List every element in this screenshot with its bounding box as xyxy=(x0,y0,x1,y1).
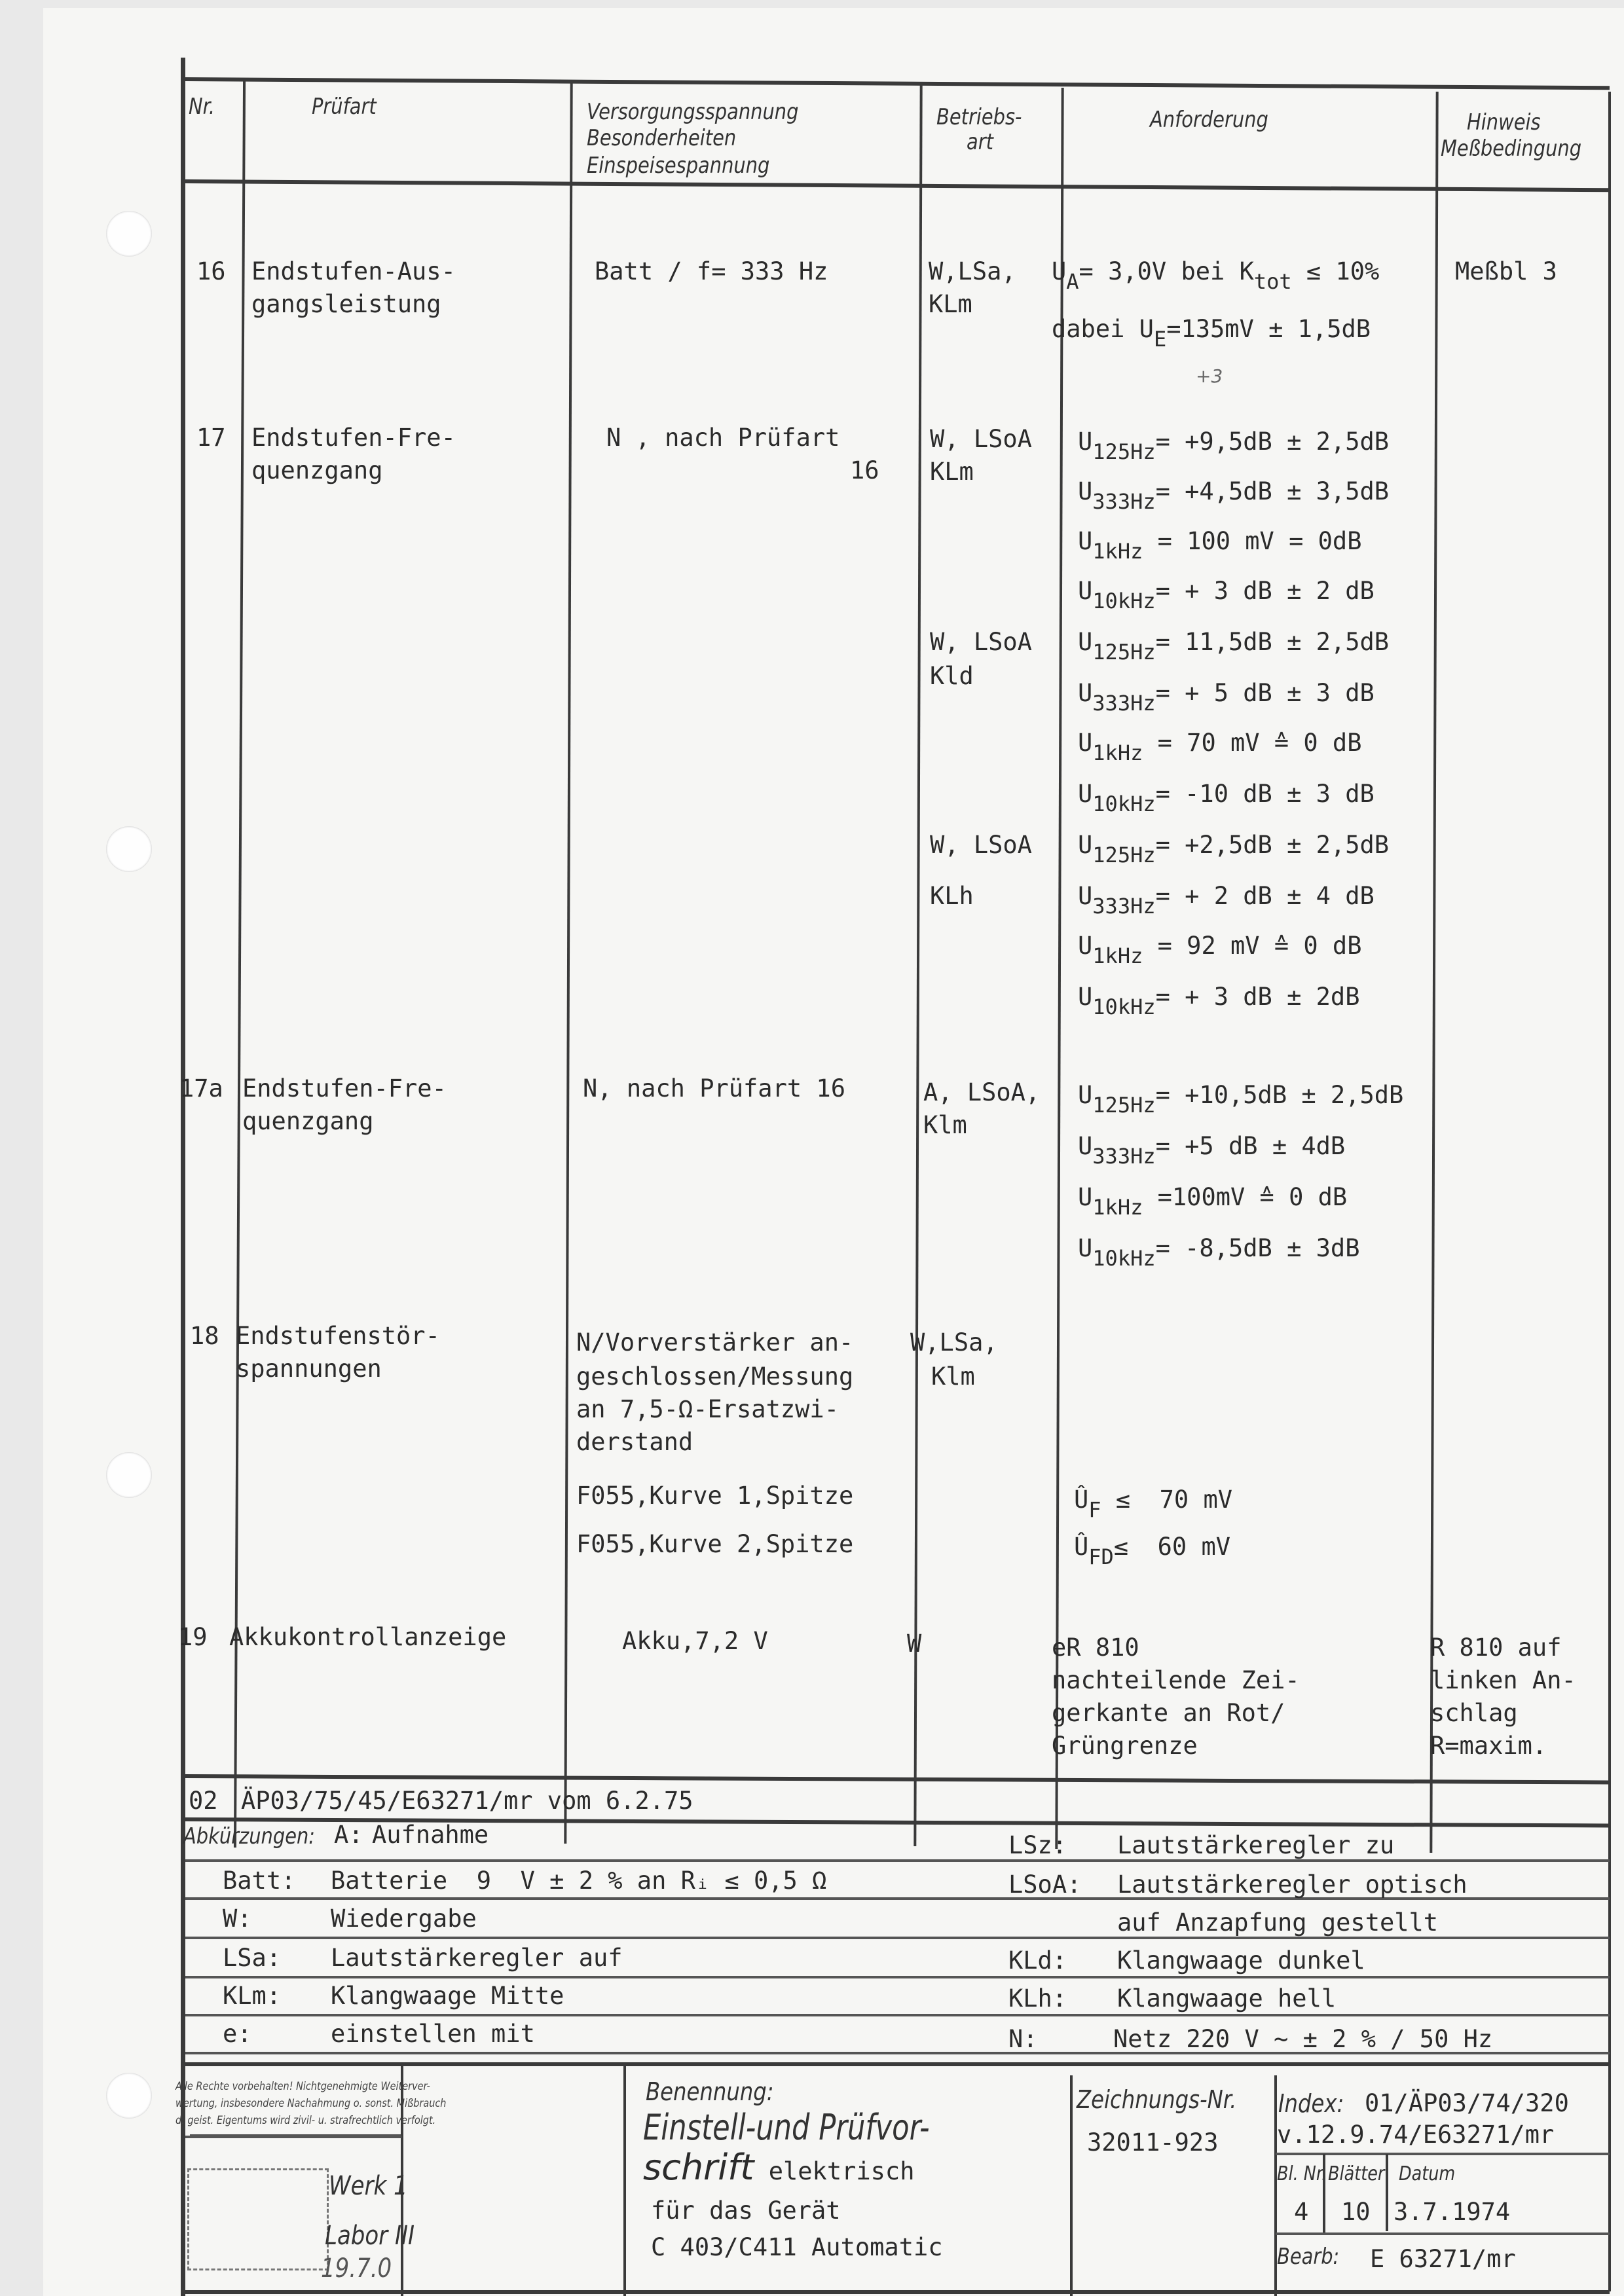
abbrev-value: Netz 220 V ~ ± 2 % / 50 Hz xyxy=(1113,2024,1492,2054)
document-date: 3.7.1974 xyxy=(1393,2197,1510,2227)
handwritten-annotation: +3 xyxy=(1196,361,1223,392)
requirement-line: U333Hz= +4,5dB ± 3,5dB xyxy=(1078,477,1389,517)
rights-bottom-rule xyxy=(190,2134,401,2137)
abbrev-value: Klangwaage hell xyxy=(1117,1984,1336,2014)
abbrev-key: LSz: xyxy=(1008,1831,1067,1861)
row-pruefart-2: quenzgang xyxy=(251,456,382,486)
row-betriebsart-2: KLm xyxy=(929,289,972,319)
requirement-line: U125Hz= +2,5dB ± 2,5dB xyxy=(1078,830,1389,870)
benennung-label: Benennung: xyxy=(646,2078,774,2105)
row-versorgung: N, nach Prüfart 16 xyxy=(583,1074,845,1104)
header-betriebsart-1: Betriebs- xyxy=(936,103,1022,131)
zeichnungs-label: Zeichnungs-Nr. xyxy=(1077,2086,1236,2113)
document-title-line1: Einstell-und Prüfvor- xyxy=(643,2107,930,2149)
header-nr: Nr. xyxy=(189,93,215,120)
title-divider xyxy=(1070,2075,1073,2296)
row-betriebsart-2: KLm xyxy=(930,457,974,487)
row-versorgung-3: an 7,5-Ω-Ersatzwi- xyxy=(576,1394,839,1425)
werk-label: Werk 1 xyxy=(329,2172,408,2200)
rights-notice-3: d. geist. Eigentums wird zivil- u. straf… xyxy=(175,2112,435,2129)
abbrev-value: Batterie 9 V ± 2 % an Rᵢ ≤ 0,5 Ω xyxy=(331,1866,826,1896)
title-block-bottom-rule xyxy=(185,2290,1610,2294)
row-anforderung-1: eR 810 xyxy=(1052,1633,1139,1663)
document-title-line3: für das Gerät xyxy=(651,2196,841,2226)
row-anforderung-3: gerkante an Rot/ xyxy=(1052,1698,1285,1728)
header-versorgung-1: Versorgungsspannung xyxy=(587,98,798,126)
abbrev-value: Lautstärkeregler optisch xyxy=(1117,1870,1467,1900)
requirement-line: U10kHz= -8,5dB ± 3dB xyxy=(1078,1233,1359,1273)
sheet-divider xyxy=(1323,2154,1325,2234)
revision-text: ÄP03/75/45/E63271/mr vom 6.2.75 xyxy=(241,1786,693,1816)
handwritten-date: 19.7.0 xyxy=(321,2255,392,2282)
sheet-number: 4 xyxy=(1294,2197,1308,2227)
requirement-line: dabei UE=135mV ± 1,5dB xyxy=(1052,314,1371,354)
row-nr: 16 xyxy=(196,257,226,287)
punch-hole xyxy=(106,211,152,257)
row-betriebsart: W xyxy=(907,1629,921,1659)
row-pruefart-1: Endstufen-Fre- xyxy=(251,423,456,453)
header-hinweis-2: Meßbedingung xyxy=(1441,135,1581,162)
header-versorgung-2: Besonderheiten xyxy=(587,124,736,152)
row-versorgung: Akku,7,2 V xyxy=(622,1626,768,1656)
row-nr: 17a xyxy=(179,1074,223,1104)
abbrev-value: Lautstärkeregler auf xyxy=(331,1943,623,1973)
row-pruefart: Akkukontrollanzeige xyxy=(229,1622,506,1652)
title-divider xyxy=(623,2064,626,2296)
rights-notice-2: wertung, insbesondere Nachahmung o. sons… xyxy=(175,2095,446,2112)
row-hinweis: Meßbl 3 xyxy=(1455,257,1557,287)
header-hinweis-1: Hinweis xyxy=(1467,109,1541,136)
row-versorgung-1: N/Vorverstärker an- xyxy=(576,1328,853,1358)
row-nr: 19 xyxy=(178,1622,208,1652)
abbrev-key: KLd: xyxy=(1008,1946,1067,1976)
abbrev-rule xyxy=(185,2014,1610,2016)
requirement-line: U1kHz = 92 mV ≙ 0 dB xyxy=(1078,931,1361,971)
abbrev-key: e: xyxy=(223,2019,252,2049)
row-versorgung-extra-2: F055,Kurve 2,Spitze xyxy=(576,1529,853,1559)
row-betriebsart-1: W, LSoA xyxy=(930,627,1032,657)
row-versorgung: Batt / f= 333 Hz xyxy=(595,257,828,287)
row-versorgung-4: derstand xyxy=(576,1427,693,1457)
index-rule xyxy=(1276,2153,1610,2155)
abbrev-label: Abkürzungen: xyxy=(183,1823,315,1850)
row-betriebsart-2: KLh xyxy=(930,881,974,911)
requirement-line: U10kHz= + 3 dB ± 2dB xyxy=(1078,982,1359,1022)
abbrev-value: Aufnahme xyxy=(372,1820,489,1850)
requirement-line: U333Hz= + 2 dB ± 4 dB xyxy=(1078,881,1375,921)
row-versorgung-extra-1: F055,Kurve 1,Spitze xyxy=(576,1481,853,1511)
title-block-top-rule xyxy=(185,2062,1610,2066)
table-border-right xyxy=(1608,92,1611,2291)
row-anforderung-2: nachteilende Zei- xyxy=(1052,1666,1300,1696)
abbrev-key: KLh: xyxy=(1008,1984,1067,2014)
abbrev-key: A: xyxy=(334,1820,363,1850)
device-model: C 403/C411 Automatic xyxy=(651,2232,943,2263)
rights-notice-1: Alle Rechte vorbehalten! Nichtgenehmigte… xyxy=(175,2078,430,2095)
row-betriebsart-2: Kld xyxy=(930,661,974,691)
requirement-line: U10kHz= -10 dB ± 3 dB xyxy=(1078,779,1375,819)
table-border-left xyxy=(181,58,185,2296)
index-label: Index: xyxy=(1278,2090,1344,2117)
labor-label: Labor III xyxy=(325,2222,415,2250)
row-pruefart-1: Endstufenstör- xyxy=(236,1321,440,1351)
row-betriebsart-1: W, LSoA xyxy=(930,830,1032,860)
document-title-line2: schrift elektrisch xyxy=(643,2153,914,2187)
row-hinweis-1: R 810 auf xyxy=(1430,1633,1561,1663)
row-nr: 17 xyxy=(196,423,226,453)
abbrev-value: Wiedergabe xyxy=(331,1904,477,1934)
row-hinweis-2: linken An- xyxy=(1430,1666,1576,1696)
abbrev-key: KLm: xyxy=(223,1981,281,2011)
bearb-label: Bearb: xyxy=(1277,2243,1339,2270)
punch-hole xyxy=(106,826,152,872)
abbrev-key: W: xyxy=(223,1904,252,1934)
requirement-line: U125Hz= 11,5dB ± 2,5dB xyxy=(1078,627,1389,667)
header-pruefart: Prüfart xyxy=(312,93,377,120)
row-versorgung-2: geschlossen/Messung xyxy=(576,1362,853,1392)
row-versorgung-1: N , nach Prüfart xyxy=(606,423,840,453)
abbrev-key: LSa: xyxy=(223,1943,281,1973)
requirement-line: ÛF ≤ 70 mV xyxy=(1074,1485,1232,1525)
abbrev-value: einstellen mit xyxy=(331,2019,535,2049)
row-betriebsart-2: Klm xyxy=(923,1110,967,1140)
abbrev-rule xyxy=(185,1859,1610,1862)
index-value-2: v.12.9.74/E63271/mr xyxy=(1277,2120,1554,2150)
abbrev-key: LSoA: xyxy=(1008,1870,1081,1900)
row-betriebsart-1: W,LSa, xyxy=(929,257,1016,287)
abbrev-value: Klangwaage Mitte xyxy=(331,1981,564,2011)
sheet-rule xyxy=(1276,2232,1610,2235)
row-hinweis-4: R=maxim. xyxy=(1430,1731,1547,1761)
row-betriebsart-1: W, LSoA xyxy=(930,424,1032,454)
abbrev-value: Klangwaage dunkel xyxy=(1117,1946,1365,1976)
index-value-1: 01/ÄP03/74/320 xyxy=(1365,2088,1569,2119)
row-anforderung-4: Grüngrenze xyxy=(1052,1731,1198,1761)
requirement-line: U1kHz = 70 mV ≙ 0 dB xyxy=(1078,728,1361,768)
row-nr: 18 xyxy=(190,1321,219,1351)
revision-nr: 02 xyxy=(189,1786,218,1816)
blaetter-label: Blätter xyxy=(1328,2160,1384,2188)
requirement-line: U333Hz= + 5 dB ± 3 dB xyxy=(1078,678,1375,718)
abbrev-value: auf Anzapfung gestellt xyxy=(1117,1908,1438,1938)
row-versorgung-2: 16 xyxy=(850,456,879,486)
bearb-value: E 63271/mr xyxy=(1370,2244,1516,2274)
header-versorgung-3: Einspeisespannung xyxy=(587,152,769,179)
abbrev-key: N: xyxy=(1008,2024,1038,2054)
row-pruefart-2: spannungen xyxy=(236,1354,382,1384)
requirement-line: U1kHz = 100 mV = 0dB xyxy=(1078,526,1361,566)
requirement-line: U1kHz =100mV ≙ 0 dB xyxy=(1078,1182,1347,1222)
sheet-divider xyxy=(1386,2154,1388,2231)
requirement-line: U125Hz= +9,5dB ± 2,5dB xyxy=(1078,427,1389,467)
header-betriebsart-2: art xyxy=(967,128,993,156)
punch-hole xyxy=(106,2073,152,2119)
requirement-line: ÛFD≤ 60 mV xyxy=(1074,1532,1230,1572)
row-betriebsart-1: W,LSa, xyxy=(910,1328,998,1358)
requirement-line: UA= 3,0V bei Ktot ≤ 10% xyxy=(1052,257,1379,297)
row-betriebsart-1: A, LSoA, xyxy=(923,1078,1040,1108)
sheet-total: 10 xyxy=(1341,2197,1371,2227)
row-pruefart-1: Endstufen-Aus- xyxy=(251,257,456,287)
zeichnungs-nr: 32011-923 xyxy=(1087,2128,1218,2158)
faded-stamp xyxy=(187,2168,329,2270)
row-pruefart-2: gangsleistung xyxy=(251,289,441,319)
requirement-line: U10kHz= + 3 dB ± 2 dB xyxy=(1078,576,1375,616)
requirement-line: U125Hz= +10,5dB ± 2,5dB xyxy=(1078,1080,1403,1120)
punch-hole xyxy=(106,1452,152,1498)
abbrev-rule xyxy=(185,1976,1610,1978)
row-hinweis-3: schlag xyxy=(1430,1698,1518,1728)
abbrev-key: Batt: xyxy=(223,1866,295,1896)
row-betriebsart-2: Klm xyxy=(931,1362,975,1392)
header-anforderung: Anforderung xyxy=(1150,106,1268,134)
row-pruefart-2: quenzgang xyxy=(242,1106,373,1137)
row-pruefart-1: Endstufen-Fre- xyxy=(242,1074,447,1104)
abbrev-value: Lautstärkeregler zu xyxy=(1117,1831,1394,1861)
requirement-line: U333Hz= +5 dB ± 4dB xyxy=(1078,1131,1345,1171)
datum-label: Datum xyxy=(1399,2160,1455,2188)
bl-nr-label: Bl. Nr. xyxy=(1277,2160,1327,2188)
